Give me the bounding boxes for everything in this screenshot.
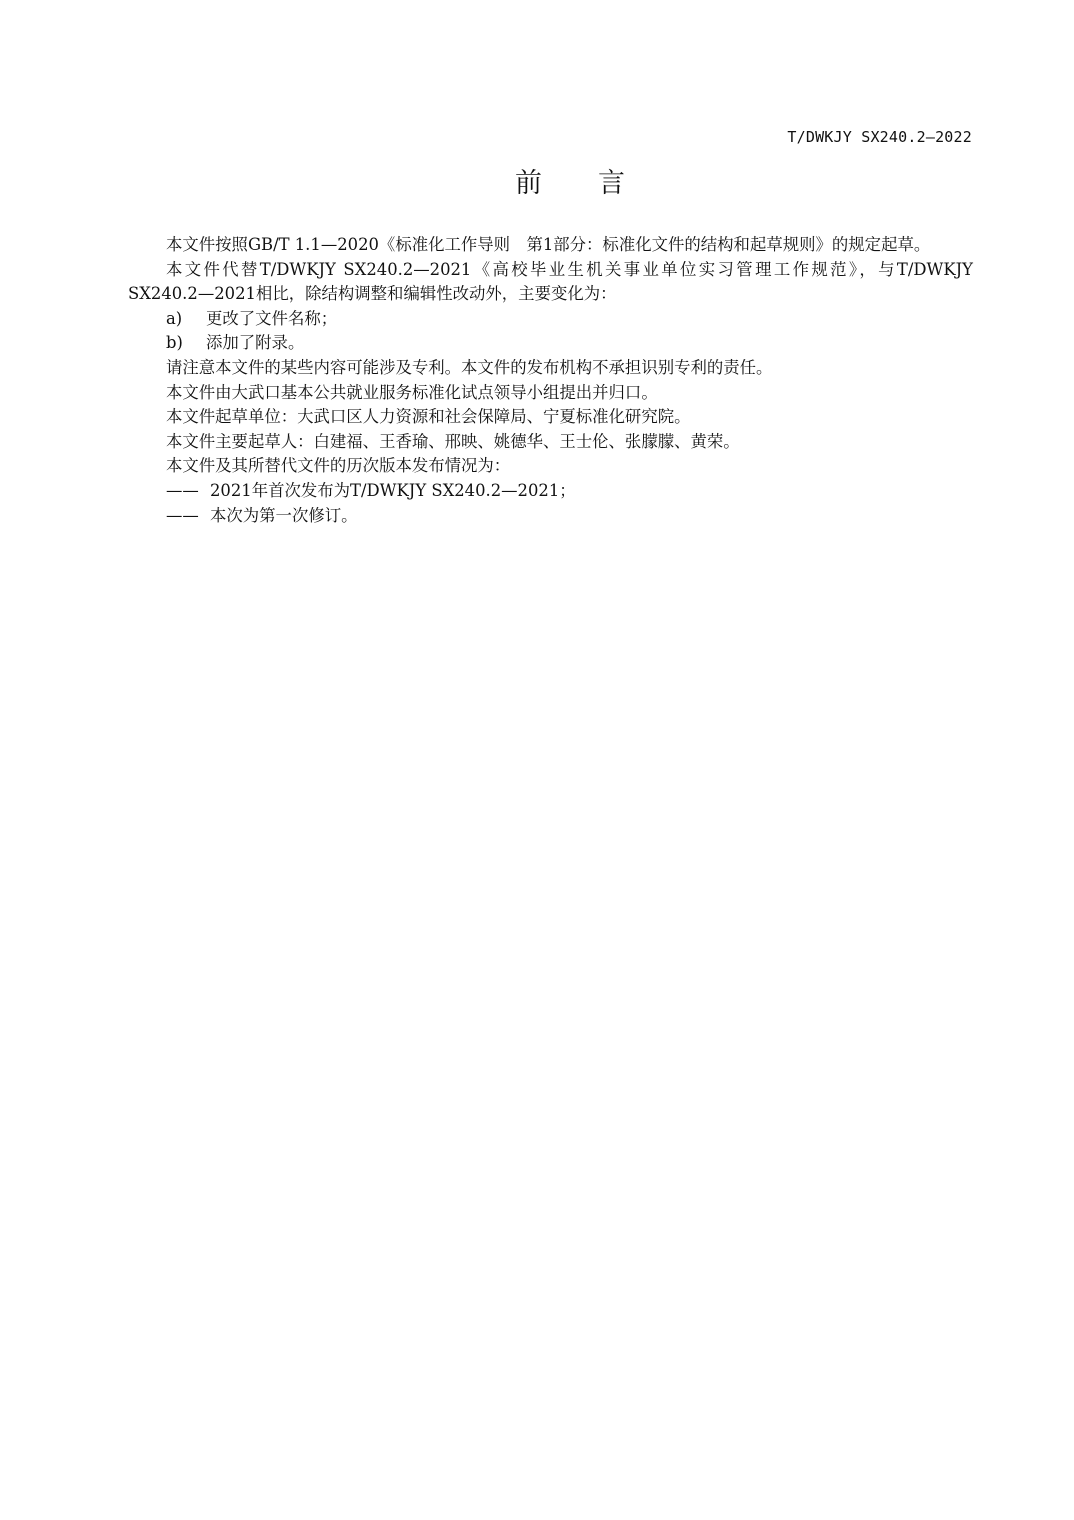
paragraph-patent-notice: 请注意本文件的某些内容可能涉及专利。本文件的发布机构不承担识别专利的责任。 bbox=[128, 356, 973, 381]
title-char-2: 言 bbox=[598, 161, 625, 200]
paragraph-drafters: 本文件主要起草人：白建福、王香瑜、邢映、姚德华、王士伦、张朦朦、黄荣。 bbox=[128, 430, 973, 455]
history-item: ——2021年首次发布为T/DWKJY SX240.2—2021； bbox=[128, 479, 973, 504]
history-dash: —— bbox=[166, 504, 210, 529]
change-item-text: 添加了附录。 bbox=[206, 333, 304, 352]
page-title: 前言 bbox=[0, 161, 1074, 200]
history-dash: —— bbox=[166, 479, 210, 504]
change-item: a)更改了文件名称； bbox=[128, 307, 973, 332]
history-text: 2021年首次发布为T/DWKJY SX240.2—2021； bbox=[210, 481, 576, 500]
change-item-marker: a) bbox=[166, 307, 206, 332]
foreword-body: 本文件按照GB/T 1.1—2020《标准化工作导则 第1部分：标准化文件的结构… bbox=[128, 233, 973, 528]
history-text: 本次为第一次修订。 bbox=[210, 506, 358, 525]
change-item: b)添加了附录。 bbox=[128, 331, 973, 356]
paragraph-proposer: 本文件由大武口基本公共就业服务标准化试点领导小组提出并归口。 bbox=[128, 381, 973, 406]
document-code: T/DWKJY SX240.2—2022 bbox=[787, 128, 972, 146]
document-page: T/DWKJY SX240.2—2022 前言 本文件按照GB/T 1.1—20… bbox=[0, 0, 1074, 1520]
paragraph-version-history: 本文件及其所替代文件的历次版本发布情况为： bbox=[128, 454, 973, 479]
paragraph-drafting-basis: 本文件按照GB/T 1.1—2020《标准化工作导则 第1部分：标准化文件的结构… bbox=[128, 233, 973, 258]
title-char-1: 前 bbox=[515, 161, 542, 200]
change-item-text: 更改了文件名称； bbox=[206, 309, 337, 328]
change-item-marker: b) bbox=[166, 331, 206, 356]
paragraph-replacement: 本文件代替T/DWKJY SX240.2—2021《高校毕业生机关事业单位实习管… bbox=[128, 258, 973, 307]
history-item: ——本次为第一次修订。 bbox=[128, 504, 973, 529]
paragraph-drafting-units: 本文件起草单位：大武口区人力资源和社会保障局、宁夏标准化研究院。 bbox=[128, 405, 973, 430]
